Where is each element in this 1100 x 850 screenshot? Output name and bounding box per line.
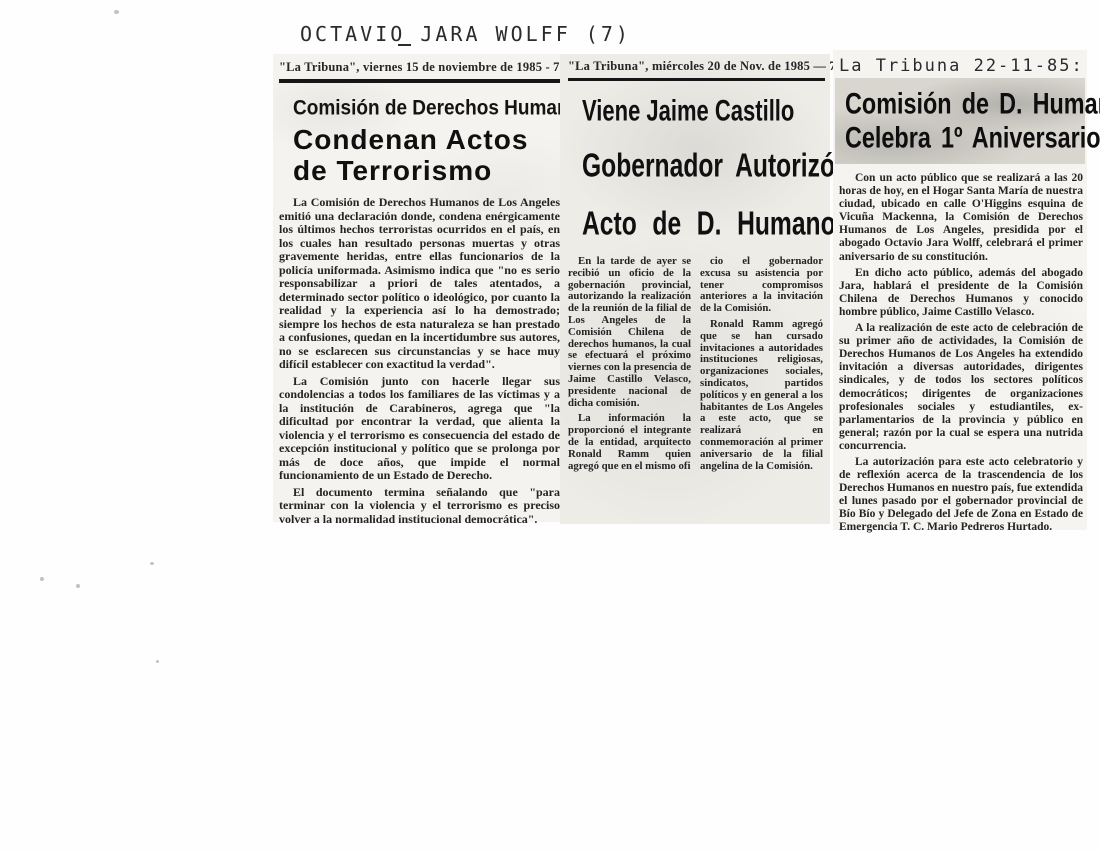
scan-speck bbox=[150, 562, 154, 565]
clipping3-dateline: La Tribuna 22-11-85: bbox=[839, 56, 1085, 76]
clipping2-body: En la tarde de ayer se recibió un oficio… bbox=[568, 256, 825, 476]
clipping1-headline-line1: Condenan Actos bbox=[293, 124, 560, 155]
clipping3-headline-line2: Celebra 1º Aniversario bbox=[845, 117, 1056, 156]
clipping-celebra-primer-aniversario: La Tribuna 22-11-85: Comisión de D. Huma… bbox=[833, 50, 1087, 530]
clipping3-paragraph: Con un acto público que se realizará a l… bbox=[839, 172, 1083, 264]
clipping2-paragraph: cio el gobernador excusa su asistencia p… bbox=[700, 256, 823, 315]
clipping-gobernador-autorizo-acto: "La Tribuna", miércoles 20 de Nov. de 19… bbox=[560, 54, 830, 524]
clipping2-rule bbox=[568, 78, 825, 81]
clipping2-headline-line2: Gobernador Autorizó bbox=[582, 147, 796, 185]
clipping1-paragraph: La Comisión de Derechos Humanos de Los A… bbox=[279, 196, 560, 372]
typed-header-underline bbox=[398, 44, 411, 46]
clipping1-kicker: Comisión de Derechos Humanos bbox=[293, 96, 547, 120]
clipping3-headline: Comisión de D. Humanos Celebra 1º Aniver… bbox=[835, 78, 1085, 164]
clipping2-column-right: cio el gobernador excusa su asistencia p… bbox=[700, 256, 823, 476]
clipping1-headline-line2: de Terrorismo bbox=[293, 155, 560, 186]
clipping3-paragraph: En dicho acto público, además del abogad… bbox=[839, 267, 1083, 319]
scanned-document-page: OCTAVIO JARA WOLFF (7) "La Tribuna", vie… bbox=[0, 0, 1100, 850]
clipping-condenan-actos-terrorismo: "La Tribuna", viernes 15 de noviembre de… bbox=[273, 54, 564, 522]
clipping3-paragraph: La autorización para este acto celebrato… bbox=[839, 456, 1083, 535]
clipping2-paragraph: Ronald Ramm agregó que se han cursado in… bbox=[700, 319, 823, 472]
clipping1-rule bbox=[279, 79, 560, 83]
clipping1-headline: Condenan Actos de Terrorismo bbox=[293, 124, 560, 186]
clipping2-column-left: En la tarde de ayer se recibió un oficio… bbox=[568, 256, 691, 476]
clipping2-headline-line3: Acto de D. Humanos bbox=[582, 205, 796, 243]
clipping1-paragraph: El documento termina señalando que "para… bbox=[279, 486, 560, 527]
clipping2-dateline: "La Tribuna", miércoles 20 de Nov. de 19… bbox=[568, 59, 825, 74]
clipping1-body: La Comisión de Derechos Humanos de Los A… bbox=[279, 196, 560, 526]
scan-speck bbox=[40, 577, 44, 581]
clipping1-paragraph: La Comisión junto con hacerle llegar sus… bbox=[279, 375, 560, 483]
typed-header: OCTAVIO JARA WOLFF (7) bbox=[300, 22, 631, 46]
clipping2-paragraph: La información la proporcionó el integra… bbox=[568, 413, 691, 472]
clipping2-headline: Viene Jaime Castillo Gobernador Autorizó… bbox=[582, 97, 825, 240]
scan-speck bbox=[76, 584, 80, 588]
scan-speck bbox=[114, 10, 119, 14]
clipping3-paragraph: A la realización de este acto de celebra… bbox=[839, 322, 1083, 453]
clipping3-body: Con un acto público que se realizará a l… bbox=[835, 172, 1085, 535]
clipping2-headline-line1: Viene Jaime Castillo bbox=[582, 94, 796, 128]
clipping1-dateline: "La Tribuna", viernes 15 de noviembre de… bbox=[279, 60, 560, 75]
clipping2-paragraph: En la tarde de ayer se recibió un oficio… bbox=[568, 256, 691, 409]
scan-speck bbox=[156, 660, 159, 663]
